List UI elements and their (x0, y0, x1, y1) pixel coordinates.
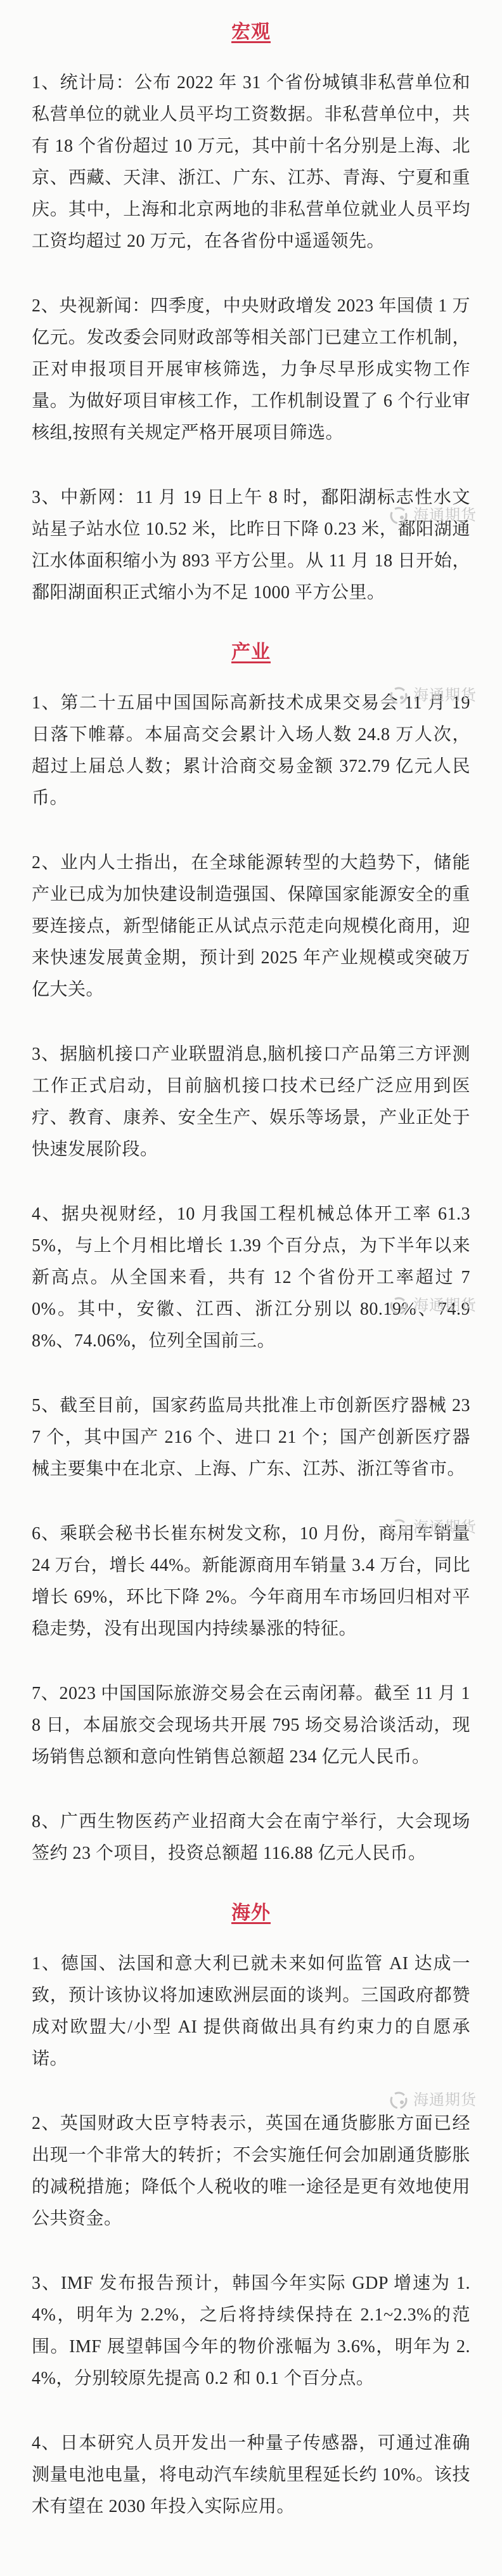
industry-paragraph-1: 1、第二十五届中国国际高新技术成果交易会 11 月 19 日落下帷幕。本届高交会… (32, 687, 470, 814)
news-digest-page: 宏观 1、统计局：公布 2022 年 31 个省份城镇非私营单位和私营单位的就业… (0, 0, 502, 2576)
section-heading-overseas: 海外 (32, 1897, 470, 1929)
macro-paragraph-3: 3、中新网：11 月 19 日上午 8 时，鄱阳湖标志性水文站星子站水位 10.… (32, 482, 470, 609)
section-overseas: 海外 1、德国、法国和意大利已就未来如何监管 AI 达成一致，预计该协议将加速欧… (32, 1897, 470, 2523)
overseas-paragraph-1: 1、德国、法国和意大利已就未来如何监管 AI 达成一致，预计该协议将加速欧洲层面… (32, 1948, 470, 2075)
industry-paragraph-8: 8、广西生物医药产业招商大会在南宁举行，大会现场签约 23 个项目，投资总额超 … (32, 1806, 470, 1870)
overseas-paragraph-3: 3、IMF 发布报告预计，韩国今年实际 GDP 增速为 1.4%，明年为 2.2… (32, 2268, 470, 2395)
overseas-paragraph-2: 2、英国财政大臣亨特表示，英国在通货膨胀方面已经出现一个非常大的转折；不会实施任… (32, 2108, 470, 2235)
section-industry: 产业 1、第二十五届中国国际高新技术成果交易会 11 月 19 日落下帷幕。本届… (32, 637, 470, 1870)
overseas-paragraph-4: 4、日本研究人员开发出一种量子传感器，可通过准确测量电池电量，将电动汽车续航里程… (32, 2428, 470, 2523)
macro-paragraph-2: 2、央视新闻：四季度，中央财政增发 2023 年国债 1 万亿元。发改委会同财政… (32, 290, 470, 449)
section-heading-industry: 产业 (32, 637, 470, 668)
industry-paragraph-4: 4、据央视财经，10 月我国工程机械总体开工率 61.35%，与上个月相比增长 … (32, 1199, 470, 1357)
macro-paragraph-1: 1、统计局：公布 2022 年 31 个省份城镇非私营单位和私营单位的就业人员平… (32, 67, 470, 257)
industry-paragraph-5: 5、截至目前，国家药监局共批准上市创新医疗器械 237 个，其中国产 216 个… (32, 1390, 470, 1485)
industry-paragraph-6: 6、乘联会秘书长崔东树发文称，10 月份，商用车销量 24 万台，增长 44%。… (32, 1518, 470, 1645)
industry-paragraph-7: 7、2023 中国国际旅游交易会在云南闭幕。截至 11 月 18 日，本届旅交会… (32, 1678, 470, 1773)
industry-paragraph-3: 3、据脑机接口产业联盟消息,脑机接口产品第三方评测工作正式启动，目前脑机接口技术… (32, 1039, 470, 1166)
section-macro: 宏观 1、统计局：公布 2022 年 31 个省份城镇非私营单位和私营单位的就业… (32, 16, 470, 609)
industry-paragraph-2: 2、业内人士指出，在全球能源转型的大趋势下，储能产业已成为加快建设制造强国、保障… (32, 847, 470, 1006)
section-heading-macro: 宏观 (32, 16, 470, 48)
